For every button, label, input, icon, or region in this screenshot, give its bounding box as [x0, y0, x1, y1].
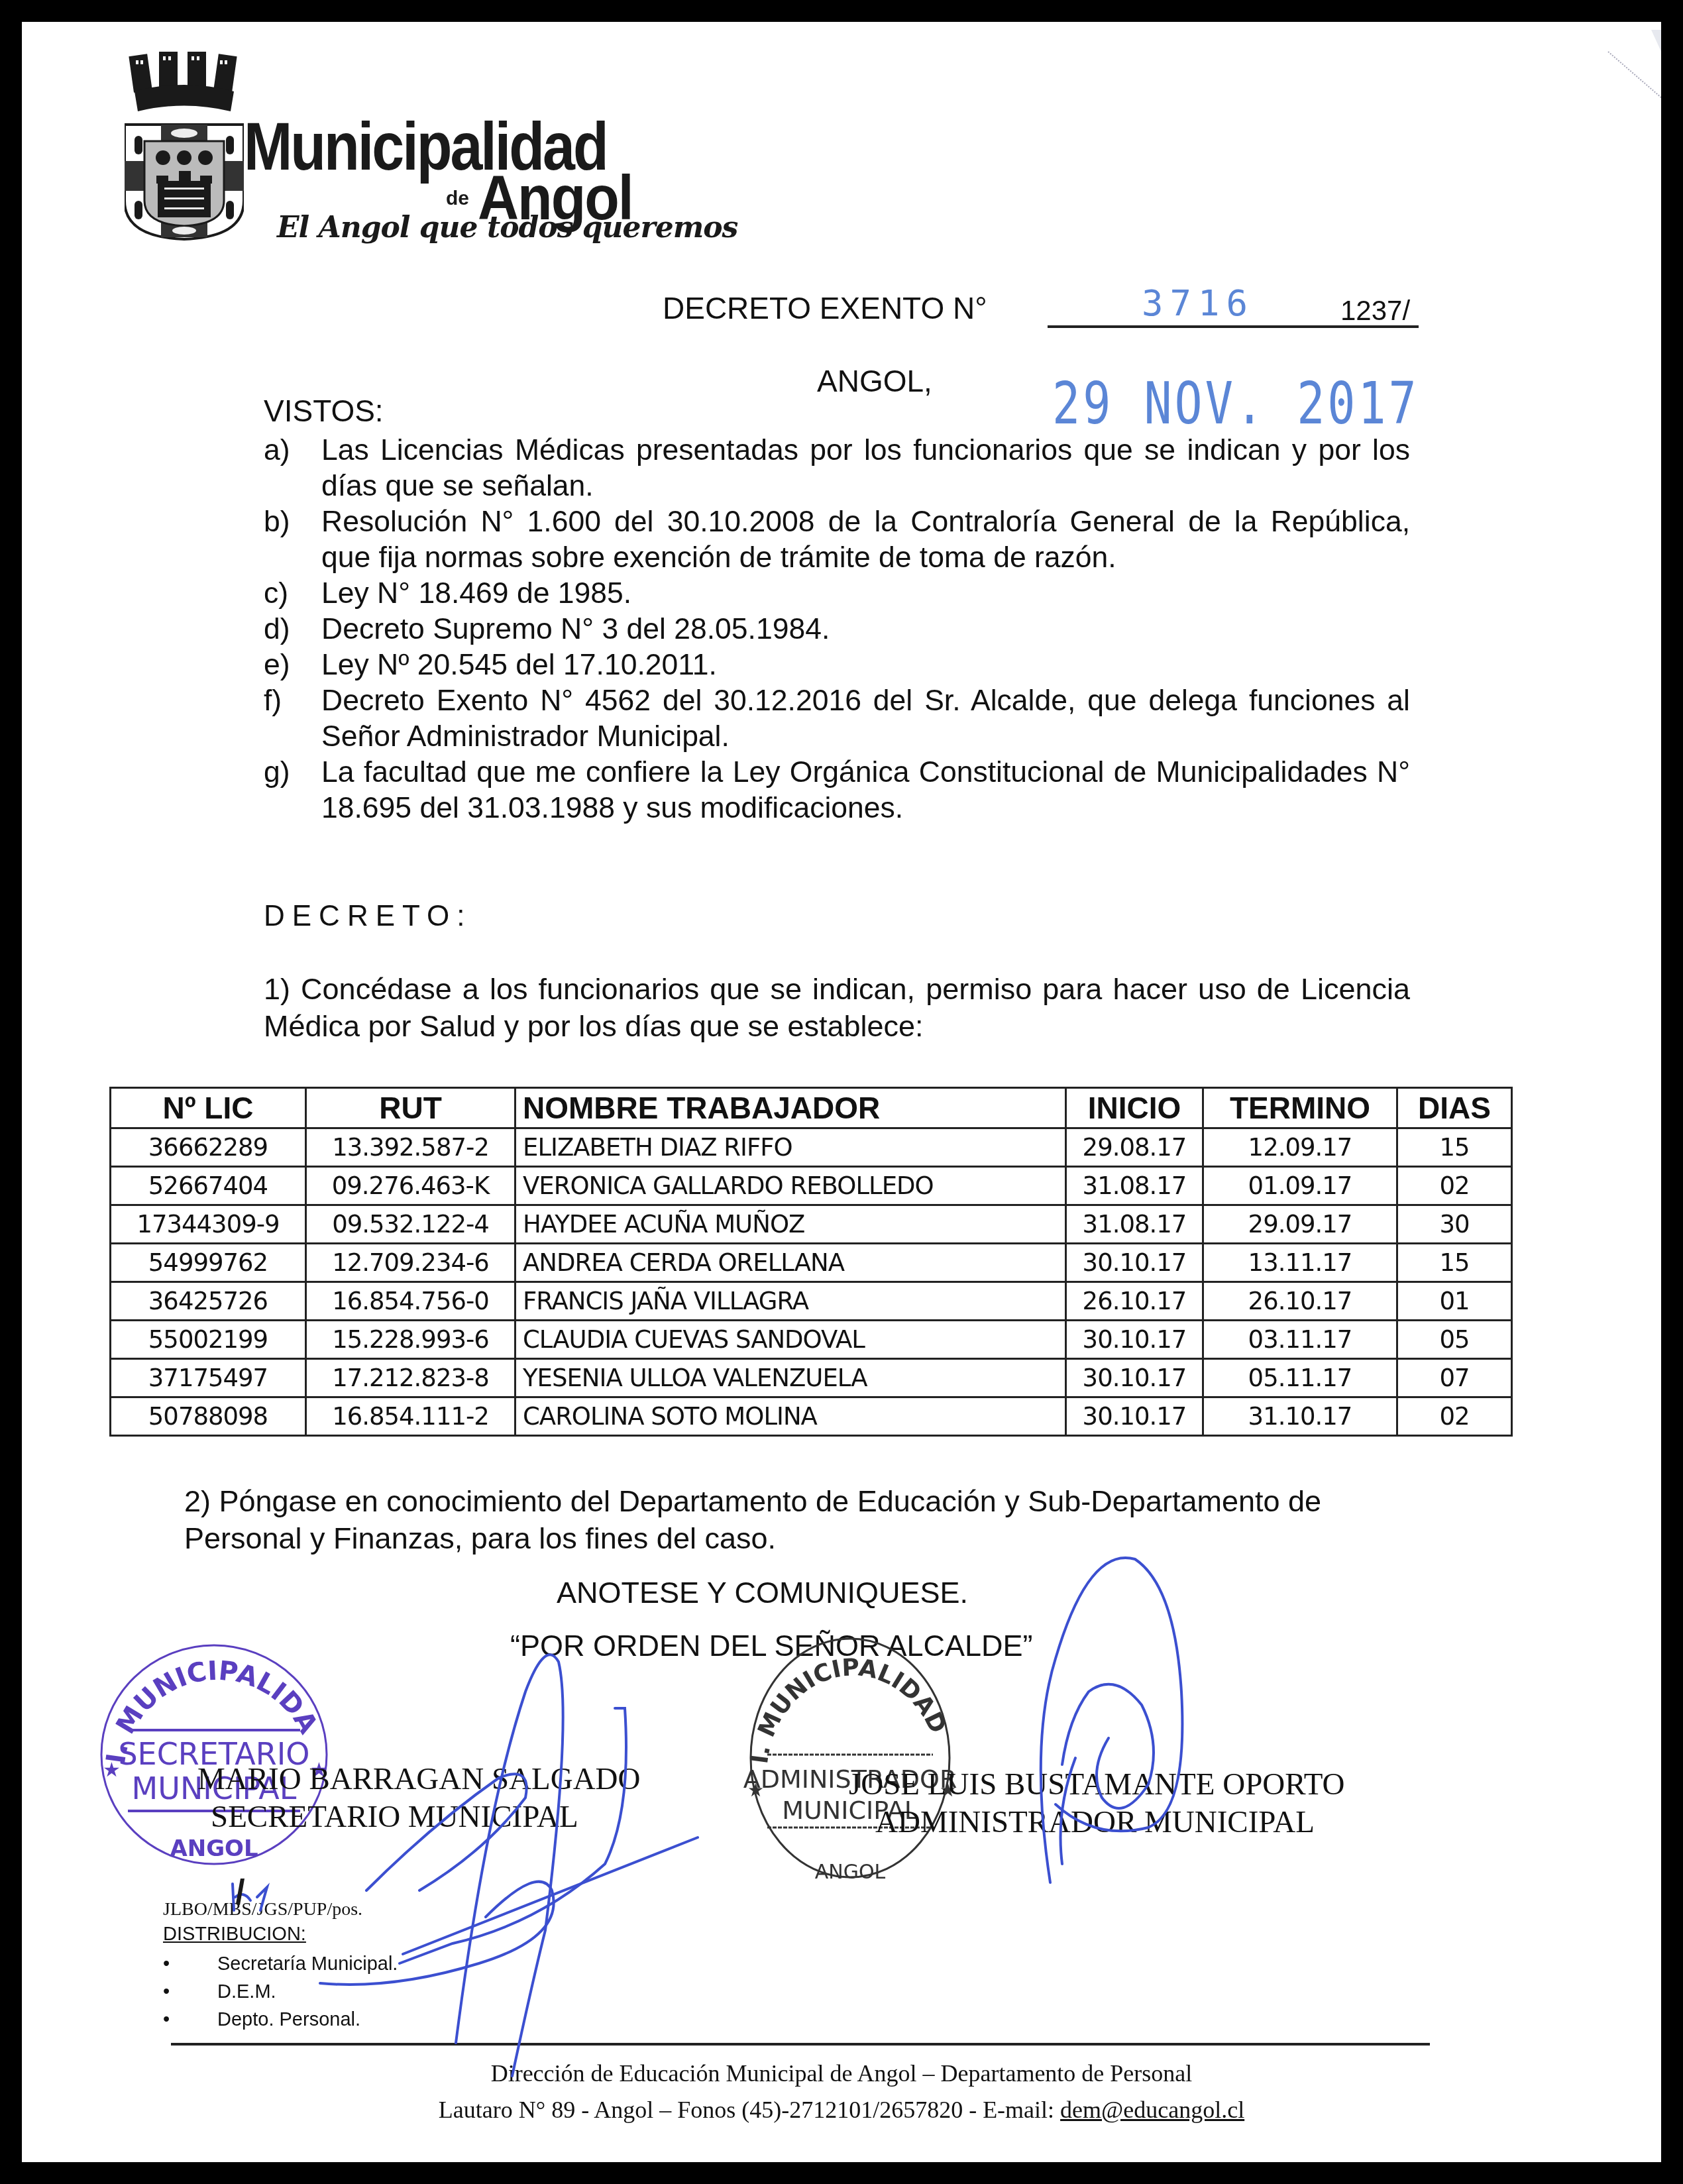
cell-days: 01 [1397, 1282, 1512, 1321]
medical-leave-table: Nº LIC RUT NOMBRE TRABAJADOR INICIO TERM… [109, 1087, 1513, 1437]
cell-worker-name: HAYDEE ACUÑA MUÑOZ [516, 1205, 1066, 1244]
cell-rut: 17.212.823-8 [306, 1359, 516, 1397]
svg-text:ANGOL: ANGOL [815, 1861, 886, 1884]
table-row: 17344309-909.532.122-4HAYDEE ACUÑA MUÑOZ… [111, 1205, 1512, 1244]
vistos-item-text: Resolución N° 1.600 del 30.10.2008 de la… [321, 504, 1410, 576]
cell-start-date: 26.10.17 [1066, 1282, 1203, 1321]
city-label: ANGOL, [817, 363, 932, 399]
cell-days: 15 [1397, 1128, 1512, 1167]
cell-worker-name: ANDREA CERDA ORELLANA [516, 1244, 1066, 1282]
decree-suffix: 1237/ [1340, 295, 1410, 327]
page-fold-mark [1582, 22, 1661, 128]
distribution-item-text: D.E.M. [217, 1978, 276, 2006]
secretario-seal-icon: I. MUNICIPALIDAD SECRETARIO MUNICIPAL ★ … [88, 1632, 340, 1877]
cell-worker-name: CAROLINA SOTO MOLINA [516, 1397, 1066, 1436]
svg-text:★: ★ [747, 1780, 764, 1801]
vistos-list: a)Las Licencias Médicas presentadas por … [264, 433, 1410, 826]
header-worker-name: NOMBRE TRABAJADOR [516, 1088, 1066, 1128]
distribution-item: •Depto. Personal. [163, 2006, 398, 2034]
cell-license-number: 37175497 [111, 1359, 306, 1397]
vistos-item-key: g) [264, 755, 321, 826]
cell-license-number: 17344309-9 [111, 1205, 306, 1244]
cell-end-date: 12.09.17 [1203, 1128, 1397, 1167]
distribution-item: •Secretaría Municipal. [163, 1950, 398, 1978]
cell-rut: 16.854.756-0 [306, 1282, 516, 1321]
distribution-item-text: Depto. Personal. [217, 2006, 360, 2034]
vistos-item-key: f) [264, 683, 321, 755]
cell-worker-name: VERONICA GALLARDO REBOLLEDO [516, 1167, 1066, 1205]
logo-de-text: de [446, 188, 469, 210]
administrador-seal-icon: I. MUNICIPALIDAD ADMINISTRADOR MUNICIPAL… [741, 1625, 959, 1890]
vistos-item: g)La facultad que me confiere la Ley Org… [264, 755, 1410, 826]
vistos-item-key: a) [264, 433, 321, 504]
decree-label: DECRETO EXENTO N° [663, 290, 987, 326]
svg-text:I. MUNICIPALIDAD: I. MUNICIPALIDAD [746, 1654, 951, 1765]
footer-contact: Lautaro N° 89 - Angol – Fonos (45)-27121… [22, 2096, 1661, 2124]
vistos-item-key: e) [264, 647, 321, 683]
cell-days: 30 [1397, 1205, 1512, 1244]
decreto-heading: DECRETO: [264, 900, 472, 933]
cell-end-date: 13.11.17 [1203, 1244, 1397, 1282]
decreto-point-1: 1) Concédase a los funcionarios que se i… [264, 971, 1410, 1045]
cell-license-number: 36662289 [111, 1128, 306, 1167]
vistos-item: b)Resolución N° 1.600 del 30.10.2008 de … [264, 504, 1410, 576]
table-header-row: Nº LIC RUT NOMBRE TRABAJADOR INICIO TERM… [111, 1088, 1512, 1128]
cell-end-date: 26.10.17 [1203, 1282, 1397, 1321]
table-row: 5499976212.709.234-6ANDREA CERDA ORELLAN… [111, 1244, 1512, 1282]
cell-license-number: 52667404 [111, 1167, 306, 1205]
vistos-item: c)Ley N° 18.469 de 1985. [264, 576, 1410, 612]
cell-license-number: 55002199 [111, 1321, 306, 1359]
cell-days: 15 [1397, 1244, 1512, 1282]
footer-address-phones: Lautaro N° 89 - Angol – Fonos (45)-27121… [439, 2097, 1060, 2123]
cell-rut: 15.228.993-6 [306, 1321, 516, 1359]
bullet-icon: • [163, 1950, 217, 1978]
signer-right-role: ADMINISTRADOR MUNICIPAL [875, 1804, 1315, 1840]
footer-divider [171, 2043, 1430, 2046]
vistos-item-text: Ley N° 18.469 de 1985. [321, 576, 1410, 612]
cell-rut: 09.532.122-4 [306, 1205, 516, 1244]
cell-end-date: 31.10.17 [1203, 1397, 1397, 1436]
svg-text:ANGOL: ANGOL [170, 1835, 258, 1862]
logo-tagline: El Angol que todos queremos [277, 211, 737, 245]
cell-days: 07 [1397, 1359, 1512, 1397]
decreto-point-2: 2) Póngase en conocimiento del Departame… [184, 1483, 1397, 1557]
header-rut: RUT [306, 1088, 516, 1128]
cell-start-date: 30.10.17 [1066, 1359, 1203, 1397]
vistos-heading: VISTOS: [264, 393, 384, 429]
cell-license-number: 50788098 [111, 1397, 306, 1436]
header-days: DIAS [1397, 1088, 1512, 1128]
cell-start-date: 31.08.17 [1066, 1167, 1203, 1205]
document-page: Municipalidad de Angol El Angol que todo… [22, 22, 1661, 2162]
cell-start-date: 29.08.17 [1066, 1128, 1203, 1167]
cell-worker-name: FRANCIS JAÑA VILLAGRA [516, 1282, 1066, 1321]
header-license-number: Nº LIC [111, 1088, 306, 1128]
footer-email-link[interactable]: dem@educangol.cl [1060, 2097, 1244, 2123]
municipal-crest-icon [125, 48, 244, 241]
bullet-icon: • [163, 1978, 217, 2006]
cell-worker-name: CLAUDIA CUEVAS SANDOVAL [516, 1321, 1066, 1359]
table-row: 5078809816.854.111-2CAROLINA SOTO MOLINA… [111, 1397, 1512, 1436]
table-row: 5500219915.228.993-6CLAUDIA CUEVAS SANDO… [111, 1321, 1512, 1359]
signer-left-role: SECRETARIO MUNICIPAL [211, 1799, 578, 1835]
cell-worker-name: YESENIA ULLOA VALENZUELA [516, 1359, 1066, 1397]
cell-rut: 12.709.234-6 [306, 1244, 516, 1282]
cell-days: 02 [1397, 1167, 1512, 1205]
distribution-item-text: Secretaría Municipal. [217, 1950, 398, 1978]
cell-start-date: 30.10.17 [1066, 1397, 1203, 1436]
cell-license-number: 36425726 [111, 1282, 306, 1321]
vistos-item-text: Las Licencias Médicas presentadas por lo… [321, 433, 1410, 504]
cell-start-date: 31.08.17 [1066, 1205, 1203, 1244]
cell-end-date: 05.11.17 [1203, 1359, 1397, 1397]
cell-end-date: 29.09.17 [1203, 1205, 1397, 1244]
vistos-item: f)Decreto Exento N° 4562 del 30.12.2016 … [264, 683, 1410, 755]
cell-days: 05 [1397, 1321, 1512, 1359]
author-initials: JLBO/MBS/JGS/PUP/pos. [163, 1899, 362, 1920]
vistos-item-text: Ley Nº 20.545 del 17.10.2011. [321, 647, 1410, 683]
vistos-item: a)Las Licencias Médicas presentadas por … [264, 433, 1410, 504]
cell-rut: 16.854.111-2 [306, 1397, 516, 1436]
cell-days: 02 [1397, 1397, 1512, 1436]
vistos-item-text: Decreto Supremo N° 3 del 28.05.1984. [321, 612, 1410, 647]
header-end-date: TERMINO [1203, 1088, 1397, 1128]
table-row: 3717549717.212.823-8YESENIA ULLOA VALENZ… [111, 1359, 1512, 1397]
footer-department: Dirección de Educación Municipal de Ango… [22, 2059, 1661, 2087]
vistos-item-text: Decreto Exento N° 4562 del 30.12.2016 de… [321, 683, 1410, 755]
table-row: 3642572616.854.756-0FRANCIS JAÑA VILLAGR… [111, 1282, 1512, 1321]
distribution-heading: DISTRIBUCION: [163, 1924, 306, 1945]
cell-end-date: 03.11.17 [1203, 1321, 1397, 1359]
vistos-item-key: c) [264, 576, 321, 612]
signer-left-name: MARIO BARRAGAN SALGADO [197, 1761, 641, 1797]
table-row: 3666228913.392.587-2ELIZABETH DIAZ RIFFO… [111, 1128, 1512, 1167]
distribution-list: •Secretaría Municipal.•D.E.M.•Depto. Per… [163, 1950, 398, 2034]
cell-license-number: 54999762 [111, 1244, 306, 1282]
cell-worker-name: ELIZABETH DIAZ RIFFO [516, 1128, 1066, 1167]
anotese-line: ANOTESE Y COMUNIQUESE. [557, 1576, 968, 1610]
vistos-item: d)Decreto Supremo N° 3 del 28.05.1984. [264, 612, 1410, 647]
cell-start-date: 30.10.17 [1066, 1244, 1203, 1282]
decree-number-stamp: 3716 [1142, 282, 1254, 324]
table-row: 5266740409.276.463-KVERONICA GALLARDO RE… [111, 1167, 1512, 1205]
bullet-icon: • [163, 2006, 217, 2034]
vistos-item: e)Ley Nº 20.545 del 17.10.2011. [264, 647, 1410, 683]
cell-start-date: 30.10.17 [1066, 1321, 1203, 1359]
vistos-item-key: b) [264, 504, 321, 576]
vistos-item-key: d) [264, 612, 321, 647]
vistos-item-text: La facultad que me confiere la Ley Orgán… [321, 755, 1410, 826]
cell-rut: 09.276.463-K [306, 1167, 516, 1205]
date-stamp: 29 NOV. 2017 [1052, 370, 1419, 438]
header-start-date: INICIO [1066, 1088, 1203, 1128]
svg-text:★: ★ [103, 1759, 121, 1781]
signer-right-name: JOSE LUIS BUSTAMANTE OPORTO [849, 1767, 1345, 1802]
cell-end-date: 01.09.17 [1203, 1167, 1397, 1205]
distribution-item: •D.E.M. [163, 1978, 398, 2006]
cell-rut: 13.392.587-2 [306, 1128, 516, 1167]
